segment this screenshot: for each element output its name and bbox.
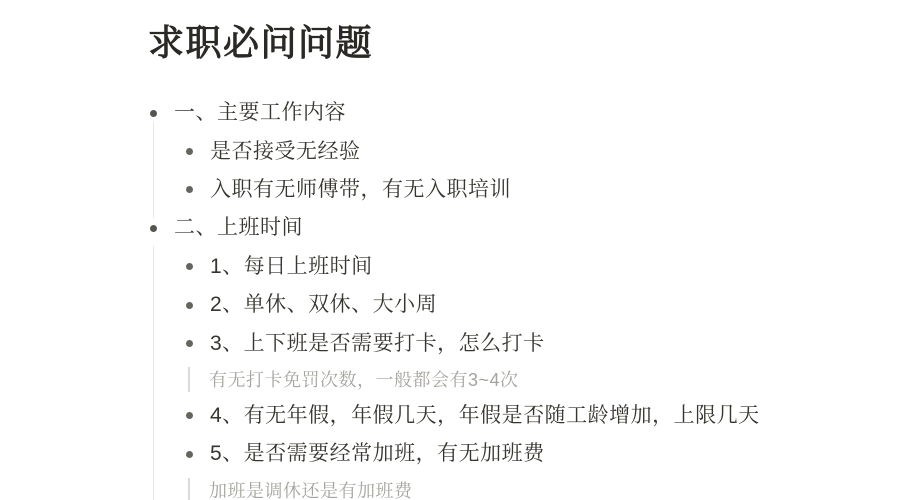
outline-item[interactable]: 是否接受无经验	[0, 132, 917, 170]
outline-item-text[interactable]: 3、上下班是否需要打卡，怎么打卡	[210, 330, 545, 358]
outline-item[interactable]: 3、上下班是否需要打卡，怎么打卡	[0, 324, 917, 362]
outline-note-text[interactable]: 有无打卡免罚次数，一般都会有3~4次	[209, 366, 519, 394]
bullet-icon	[186, 148, 193, 155]
bullet-icon	[186, 186, 193, 193]
outline-item-text[interactable]: 1、每日上班时间	[210, 253, 373, 281]
note-indent-bar	[188, 367, 190, 392]
bullet-icon	[186, 302, 193, 309]
outline-item[interactable]: 1、每日上班时间	[0, 248, 917, 286]
bullet-icon	[186, 451, 193, 458]
document-page: 求职必问问题 一、主要工作内容 是否接受无经验 入职有无师傅带，有无入职培训 二…	[0, 0, 917, 500]
outline-item[interactable]: 2、单休、双休、大小周	[0, 286, 917, 324]
bullet-icon	[186, 340, 193, 347]
outline-item[interactable]: 一、主要工作内容	[0, 94, 917, 132]
outline-note-text[interactable]: 加班是调休还是有加班费	[209, 477, 413, 500]
outline-item[interactable]: 二、上班时间	[0, 209, 917, 247]
outline-item[interactable]: 5、是否需要经常加班，有无加班费	[0, 435, 917, 473]
outline-item[interactable]: 入职有无师傅带，有无入职培训	[0, 171, 917, 209]
outline-item-text[interactable]: 入职有无师傅带，有无入职培训	[210, 176, 511, 204]
note-indent-bar	[188, 478, 190, 500]
outline-item-text[interactable]: 二、上班时间	[174, 214, 303, 242]
outline-note[interactable]: 有无打卡免罚次数，一般都会有3~4次	[0, 363, 917, 397]
bullet-icon	[150, 225, 157, 232]
outline-item-text[interactable]: 2、单休、双休、大小周	[210, 291, 437, 319]
outline-note[interactable]: 加班是调休还是有加班费	[0, 474, 917, 500]
outline-item[interactable]: 4、有无年假，年假几天，年假是否随工龄增加，上限几天	[0, 397, 917, 435]
outline-list: 一、主要工作内容 是否接受无经验 入职有无师傅带，有无入职培训 二、上班时间 1…	[0, 94, 917, 500]
outline-item-text[interactable]: 4、有无年假，年假几天，年假是否随工龄增加，上限几天	[210, 402, 760, 430]
page-title[interactable]: 求职必问问题	[148, 22, 373, 64]
outline-item-text[interactable]: 是否接受无经验	[210, 138, 361, 166]
bullet-icon	[150, 110, 157, 117]
outline-item-text[interactable]: 一、主要工作内容	[174, 99, 346, 127]
bullet-icon	[186, 412, 193, 419]
outline-item-text[interactable]: 5、是否需要经常加班，有无加班费	[210, 440, 545, 468]
bullet-icon	[186, 263, 193, 270]
